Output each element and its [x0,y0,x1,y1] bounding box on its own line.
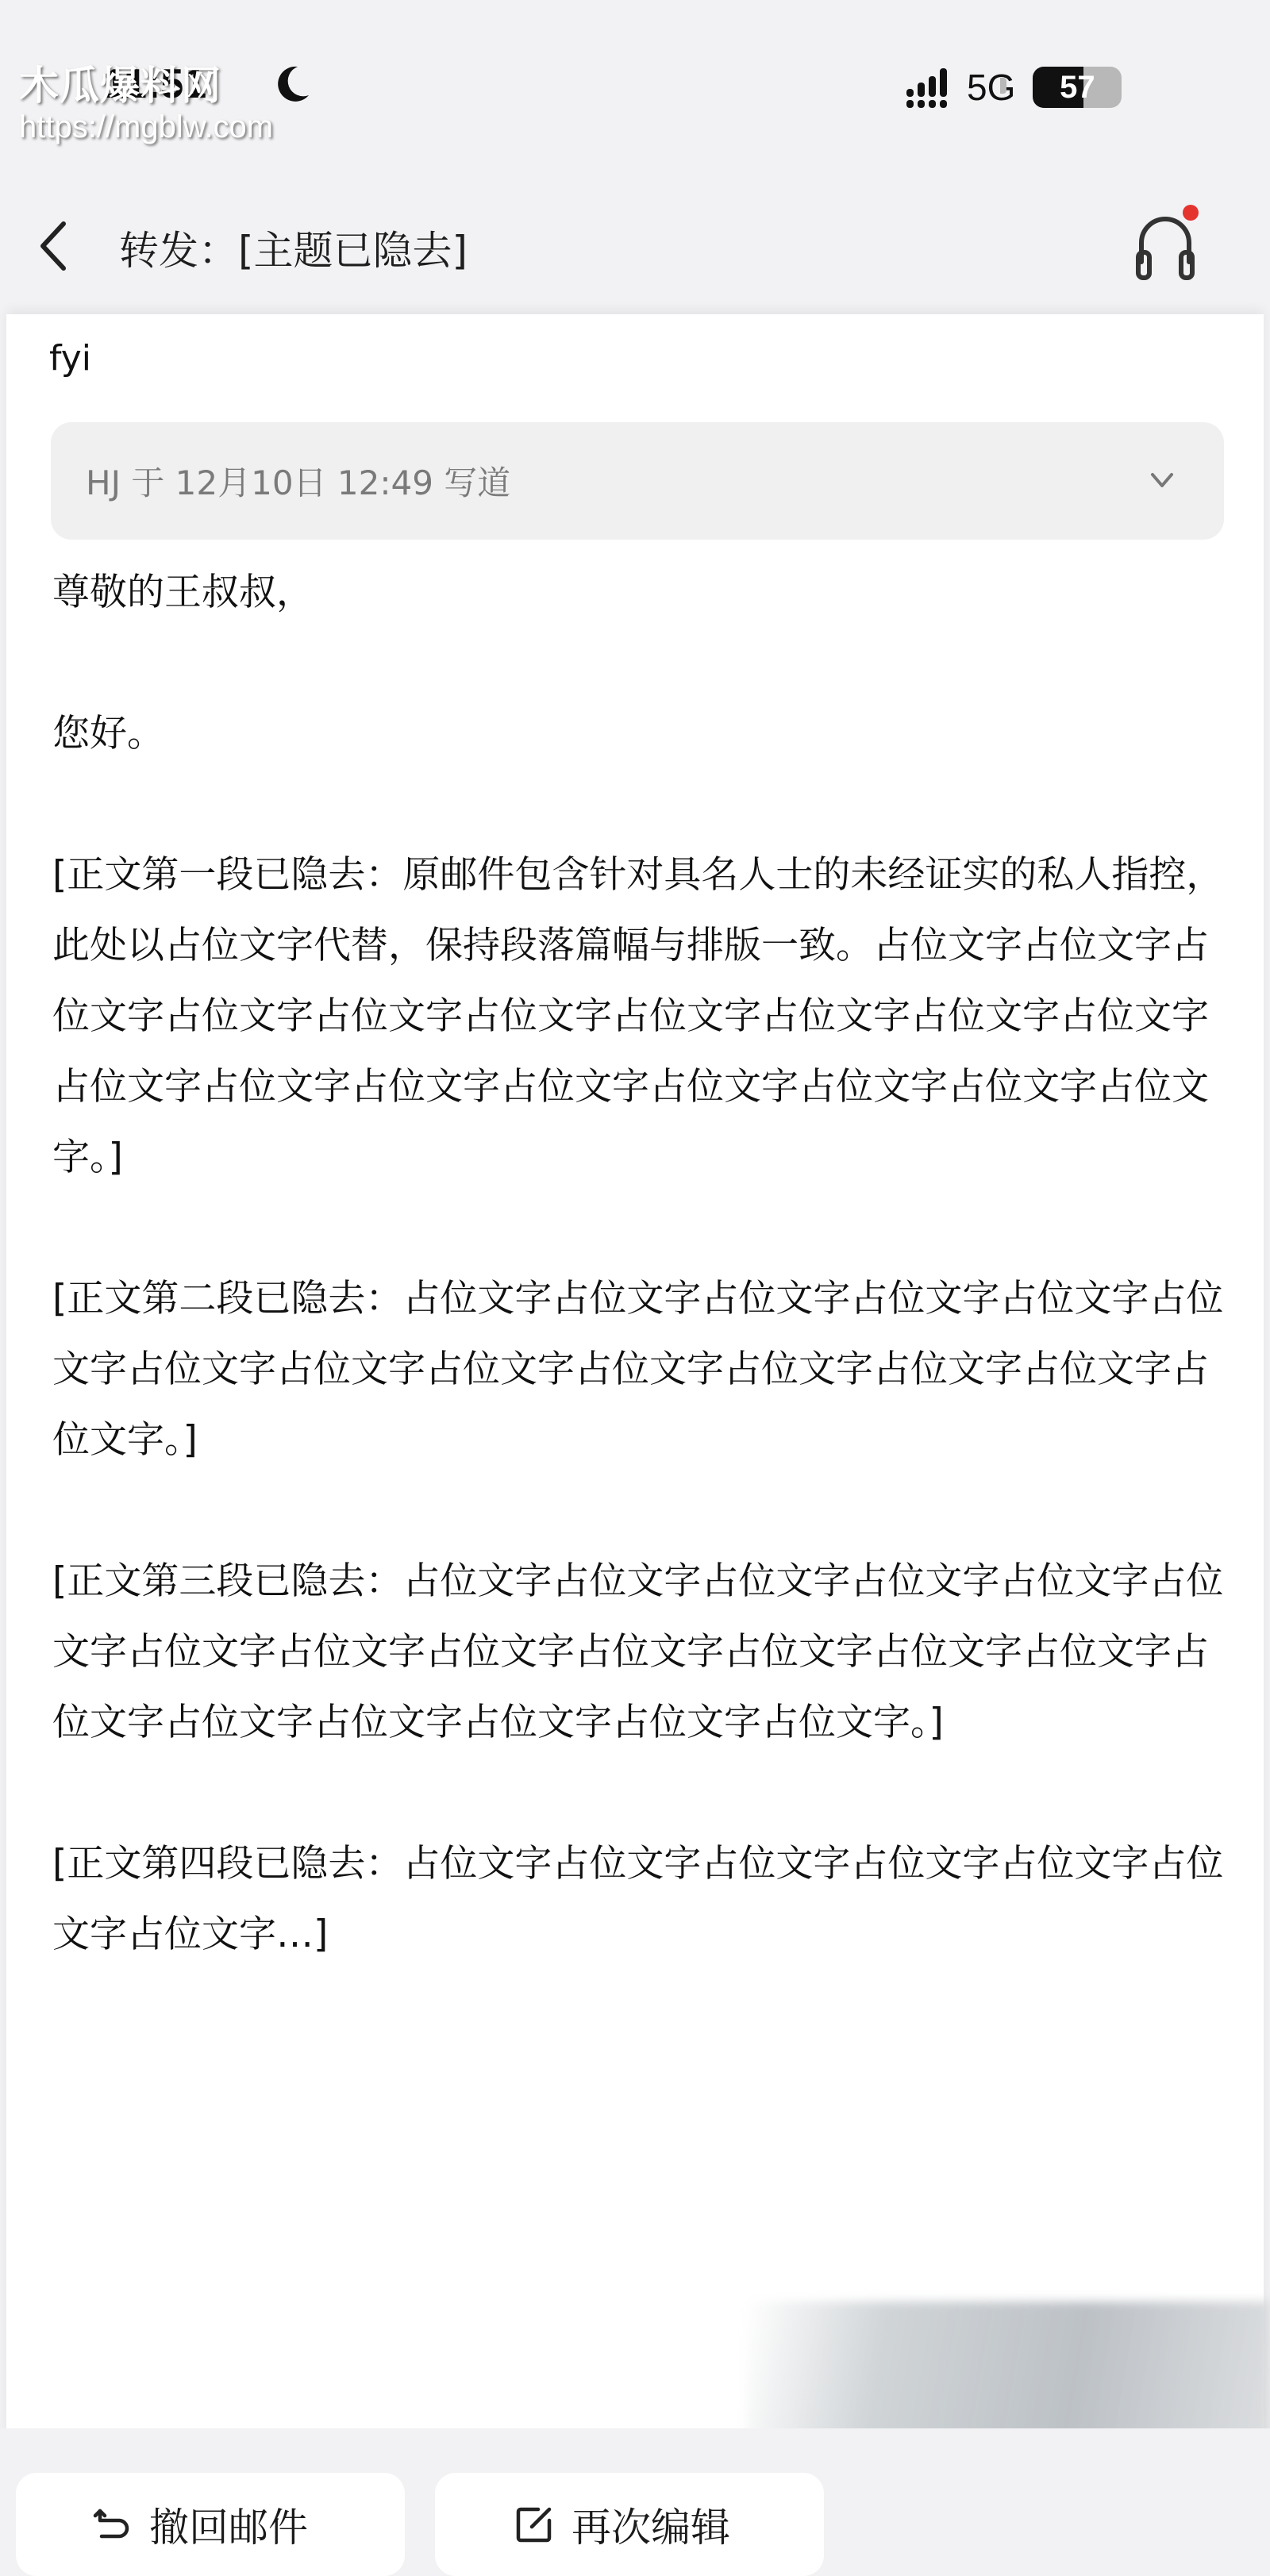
battery-tip [1000,78,1006,94]
signal-icon [905,65,949,110]
recall-email-label: 撤回邮件 [149,2496,308,2553]
email-content: fyi HJ 于 12月10日 12:49 写道 尊敬的王叔叔， 您好。 [正文… [6,314,1264,2457]
forward-note: fyi [49,338,91,379]
battery-percent: 57 [1033,70,1122,106]
greeting: 您好。 [52,698,1227,769]
chevron-left-icon[interactable] [32,214,79,278]
quote-header-toggle[interactable]: HJ 于 12月10日 12:49 写道 [51,422,1224,540]
reedit-button[interactable]: 再次编辑 [435,2473,824,2576]
battery-icon: 57 [1033,67,1122,108]
moon-icon [274,63,312,105]
salutation: 尊敬的王叔叔， [52,557,1227,628]
email-body: 尊敬的王叔叔， 您好。 [正文第一段已隐去：原邮件包含针对具名人士的未经证实的私… [52,557,1227,1970]
nav-bar: 转发：[主题已隐去] [0,159,1270,314]
bottom-action-bar: 撤回邮件 再次编辑 [0,2428,1270,2576]
watermark-title: 木瓜爆料网 [19,62,273,110]
body-paragraph: [正文第四段已隐去：占位文字占位文字占位文字占位文字占位文字占位文字占位文字…] [52,1828,1227,1970]
chevron-down-icon [1146,467,1178,495]
reedit-label: 再次编辑 [571,2496,730,2553]
edit-icon [514,2505,554,2544]
body-paragraph: [正文第三段已隐去：占位文字占位文字占位文字占位文字占位文字占位文字占位文字占位… [52,1546,1227,1758]
recall-email-button[interactable]: 撤回邮件 [16,2473,405,2576]
watermark-url: https://mgblw.com [19,110,273,144]
email-subject: 转发：[主题已隐去] [119,219,1032,276]
body-paragraph: [正文第一段已隐去：原邮件包含针对具名人士的未经证实的私人指控，此处以占位文字代… [52,840,1227,1193]
network-type: 5G [967,66,1015,109]
notification-dot [1183,205,1199,221]
quote-header-text: HJ 于 12月10日 12:49 写道 [86,457,510,505]
undo-icon [92,2505,132,2544]
body-paragraph: [正文第二段已隐去：占位文字占位文字占位文字占位文字占位文字占位文字占位文字占位… [52,1263,1227,1475]
watermark: 木瓜爆料网 https://mgblw.com [19,62,273,144]
status-right-group: 5G 57 [905,65,1122,110]
